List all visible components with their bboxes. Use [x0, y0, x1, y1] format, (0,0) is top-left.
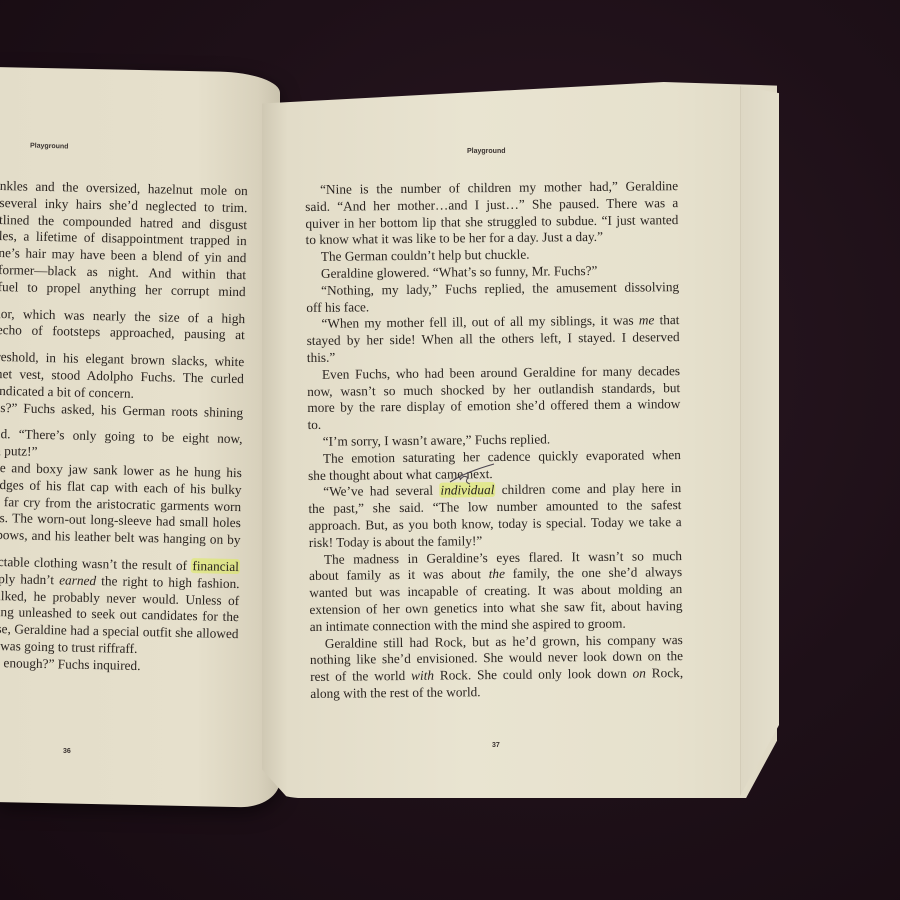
- left-page-text: nkles and the oversized, hazelnut mole o…: [0, 178, 248, 677]
- text-span: ectable clothing wasn’t the result of: [0, 554, 192, 573]
- left-page-number: 36: [63, 748, 71, 755]
- text-span: children come and play here in: [495, 480, 681, 497]
- text-span: rest of the world: [310, 668, 411, 684]
- text-span: about family as it was about: [309, 566, 489, 583]
- right-page-number: 37: [492, 742, 500, 749]
- text-span: the right to high fashion.: [96, 573, 240, 591]
- text-span: “We’ve had several: [323, 483, 439, 499]
- text-span: that: [654, 312, 679, 327]
- left-running-head: Playground: [30, 142, 69, 150]
- text-span: Rock,: [646, 665, 683, 680]
- text-span: Rock. She could only look down: [434, 666, 633, 683]
- page-edges: [740, 86, 779, 796]
- text-span: “When my mother fell ill, out of all my …: [321, 313, 639, 331]
- text-span: nply hadn’t: [0, 571, 59, 587]
- highlighted-word: financial: [191, 558, 240, 574]
- italic-word: on: [633, 666, 646, 681]
- pen-annotation-icon: [448, 462, 498, 486]
- italic-word: me: [639, 313, 655, 328]
- text-span: family, the one she’d always: [505, 564, 682, 581]
- italic-word: earned: [59, 572, 96, 588]
- italic-word: the: [489, 566, 505, 581]
- right-running-head: Playground: [467, 148, 506, 155]
- italic-word: with: [411, 668, 434, 683]
- right-page-text: “Nine is the number of children my mothe…: [305, 178, 683, 703]
